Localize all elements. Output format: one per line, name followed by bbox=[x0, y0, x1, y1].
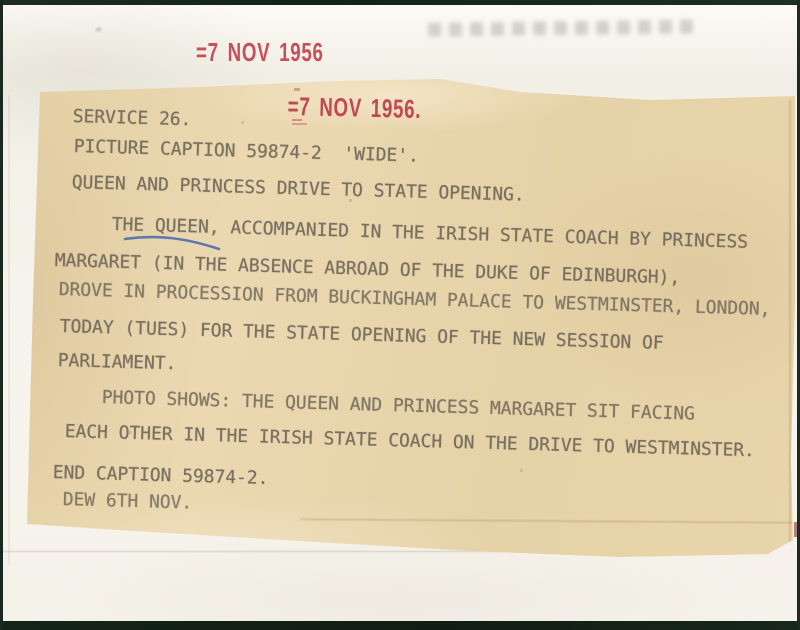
caption-line-service: SERVICE 26. bbox=[72, 107, 191, 130]
pen-underline bbox=[122, 233, 224, 253]
caption-line-end-caption: END CAPTION 59874-2. bbox=[52, 463, 268, 489]
stamp-ink-artifact bbox=[292, 123, 307, 125]
caption-sheet: SERVICE 26. PICTURE CAPTION 59874-2 'WID… bbox=[0, 0, 800, 630]
paper-crease bbox=[0, 551, 505, 552]
sheet-edge-shadow bbox=[789, 100, 791, 545]
date-stamp-outer: =7 NOV 1956 bbox=[196, 39, 324, 65]
caption-line-body-4: TODAY (TUES) FOR THE STATE OPENING OF TH… bbox=[59, 317, 663, 354]
caption-line-body-5: PARLIAMENT. bbox=[57, 351, 176, 374]
paper-fiber bbox=[8, 95, 10, 565]
stamp-ink-artifact bbox=[292, 119, 302, 121]
scan-frame-bottom bbox=[0, 621, 800, 630]
paper-speck bbox=[96, 28, 101, 31]
date-stamp-paper: =7 NOV 1956. bbox=[287, 93, 421, 122]
scan-frame-left bbox=[0, 0, 3, 630]
photo-scan: =7 NOV 1956 SERVICE 26. PICTURE CAPTION … bbox=[0, 0, 800, 630]
caption-line-headline: QUEEN AND PRINCESS DRIVE TO STATE OPENIN… bbox=[71, 173, 524, 206]
caption-line-photo-shows: PHOTO SHOWS: THE QUEEN AND PRINCESS MARG… bbox=[101, 388, 695, 425]
ghost-offset-print bbox=[428, 19, 700, 36]
sheet-crease bbox=[300, 518, 795, 523]
caption-line-date-initials: DEW 6TH NOV. bbox=[62, 490, 192, 514]
caption-line-picture: PICTURE CAPTION 59874-2 'WIDE'. bbox=[73, 137, 419, 167]
scan-frame-top bbox=[0, 0, 800, 5]
caption-line-photo-shows-2: EACH OTHER IN THE IRISH STATE COACH ON T… bbox=[64, 422, 755, 461]
stamp-ink-artifact bbox=[294, 88, 300, 91]
